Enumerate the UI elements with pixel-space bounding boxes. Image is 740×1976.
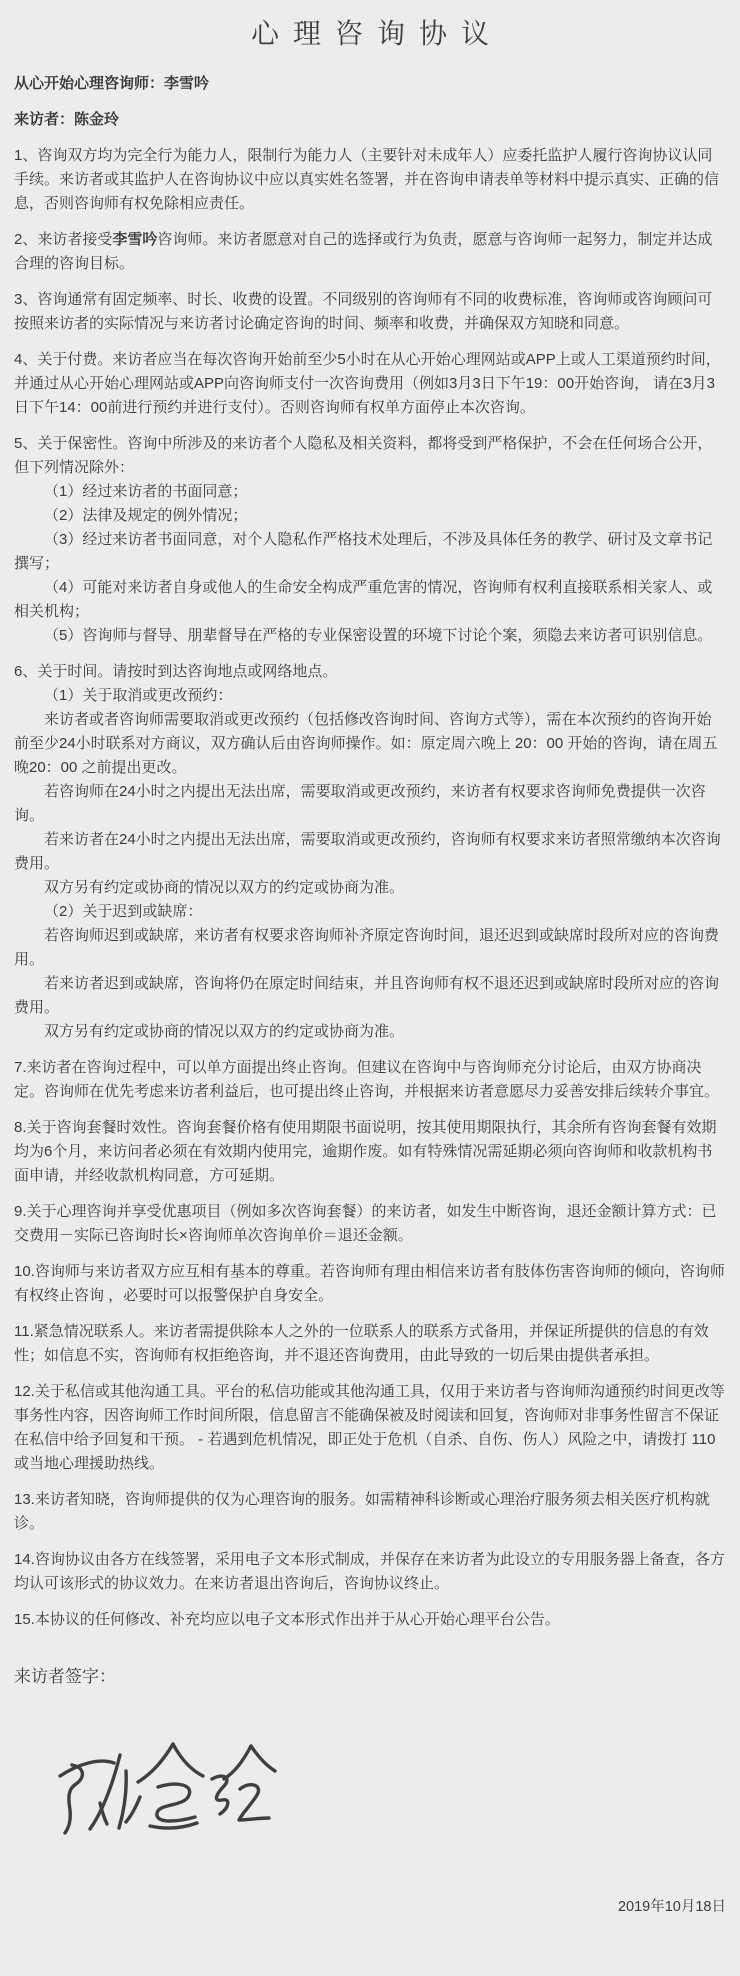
clause-5-item-3: （3）经过来访者书面同意，对个人隐私作严格技术处理后，不涉及具体任务的教学、研讨… bbox=[14, 528, 726, 576]
clause-5-item-5: （5）咨询师与督导、朋辈督导在严格的专业保密设置的环境下讨论个案，须隐去来访者可… bbox=[14, 624, 726, 648]
clause-2: 2、来访者接受李雪吟咨询师。来访者愿意对自己的选择或行为负责，愿意与咨询师一起努… bbox=[14, 228, 726, 276]
clause-6-item-7: 若咨询师迟到或缺席，来访者有权要求咨询师补齐原定咨询时间，退还迟到或缺席时段所对… bbox=[14, 924, 726, 972]
visitor-signature bbox=[54, 1731, 284, 1843]
clause-6-intro: 6、关于时间。请按时到达咨询地点或网络地点。 bbox=[14, 660, 726, 684]
clause-6: 6、关于时间。请按时到达咨询地点或网络地点。 （1）关于取消或更改预约： 来访者… bbox=[14, 660, 726, 1044]
clause-2-counselor-name: 李雪吟 bbox=[112, 231, 157, 248]
clause-5-intro: 5、关于保密性。咨询中所涉及的来访者个人隐私及相关资料，都将受到严格保护，不会在… bbox=[14, 432, 726, 480]
clause-1: 1、咨询双方均为完全行为能力人，限制行为能力人（主要针对未成年人）应委托监护人履… bbox=[14, 144, 726, 216]
clause-6-item-1: （1）关于取消或更改预约： bbox=[14, 684, 726, 708]
counselor-label: 从心开始心理咨询师： bbox=[14, 75, 164, 92]
clause-4: 4、关于付费。来访者应当在每次咨询开始前至少5小时在从心开始心理网站或APP上或… bbox=[14, 348, 726, 420]
clause-6-item-3: 若咨询师在24小时之内提出无法出席，需要取消或更改预约，来访者有权要求咨询师免费… bbox=[14, 780, 726, 828]
counselor-line: 从心开始心理咨询师：李雪吟 bbox=[14, 72, 726, 93]
clause-15: 15.本协议的任何修改、补充均应以电子文本形式作出并于从心开始心理平台公告。 bbox=[14, 1608, 726, 1632]
clause-3: 3、咨询通常有固定频率、时长、收费的设置。不同级别的咨询师有不同的收费标准，咨询… bbox=[14, 288, 726, 336]
visitor-line: 来访者：陈金玲 bbox=[14, 108, 726, 129]
counselor-name: 李雪吟 bbox=[164, 75, 209, 92]
clause-2-text-before: 2、来访者接受 bbox=[14, 231, 112, 248]
clause-14: 14.咨询协议由各方在线签署，采用电子文本形式制成，并保存在来访者为此设立的专用… bbox=[14, 1548, 726, 1596]
clause-6-item-8: 若来访者迟到或缺席，咨询将仍在原定时间结束，并且咨询师有权不退还迟到或缺席时段所… bbox=[14, 972, 726, 1020]
clause-5: 5、关于保密性。咨询中所涉及的来访者个人隐私及相关资料，都将受到严格保护，不会在… bbox=[14, 432, 726, 648]
signature-label: 来访者签字： bbox=[14, 1662, 726, 1687]
clause-12: 12.关于私信或其他沟通工具。平台的私信功能或其他沟通工具，仅用于来访者与咨询师… bbox=[14, 1380, 726, 1476]
clause-10: 10.咨询师与来访者双方应互相有基本的尊重。若咨询师有理由相信来访者有肢体伤害咨… bbox=[14, 1260, 726, 1308]
visitor-label: 来访者： bbox=[14, 111, 74, 128]
clause-5-item-2: （2）法律及规定的例外情况； bbox=[14, 504, 726, 528]
clause-8: 8.关于咨询套餐时效性。咨询套餐价格有使用期限书面说明，按其使用期限执行，其余所… bbox=[14, 1116, 726, 1188]
clause-6-item-2: 来访者或者咨询师需要取消或更改预约（包括修改咨询时间、咨询方式等），需在本次预约… bbox=[14, 708, 726, 780]
clause-6-item-5: 双方另有约定或协商的情况以双方的约定或协商为准。 bbox=[14, 876, 726, 900]
clause-7: 7.来访者在咨询过程中，可以单方面提出终止咨询。但建议在咨询中与咨询师充分讨论后… bbox=[14, 1056, 726, 1104]
signature-drawing-icon bbox=[54, 1731, 284, 1843]
clause-6-item-4: 若来访者在24小时之内提出无法出席，需要取消或更改预约，咨询师有权要求来访者照常… bbox=[14, 828, 726, 876]
page-title: 心理咨询协议 bbox=[14, 12, 726, 52]
clause-6-item-9: 双方另有约定或协商的情况以双方的约定或协商为准。 bbox=[14, 1020, 726, 1044]
clause-6-item-6: （2）关于迟到或缺席： bbox=[14, 900, 726, 924]
clause-13: 13.来访者知晓，咨询师提供的仅为心理咨询的服务。如需精神科诊断或心理治疗服务须… bbox=[14, 1488, 726, 1536]
clause-5-item-4: （4）可能对来访者自身或他人的生命安全构成严重危害的情况，咨询师有权利直接联系相… bbox=[14, 576, 726, 624]
agreement-document: 心理咨询协议 从心开始心理咨询师：李雪吟 来访者：陈金玲 1、咨询双方均为完全行… bbox=[0, 0, 740, 1976]
date-stamp: 2019年10月18日 bbox=[14, 1895, 726, 1916]
visitor-name: 陈金玲 bbox=[74, 111, 119, 128]
clause-5-item-1: （1）经过来访者的书面同意； bbox=[14, 480, 726, 504]
clause-11: 11.紧急情况联系人。来访者需提供除本人之外的一位联系人的联系方式备用，并保证所… bbox=[14, 1320, 726, 1368]
clause-9: 9.关于心理咨询并享受优惠项目（例如多次咨询套餐）的来访者，如发生中断咨询，退还… bbox=[14, 1200, 726, 1248]
